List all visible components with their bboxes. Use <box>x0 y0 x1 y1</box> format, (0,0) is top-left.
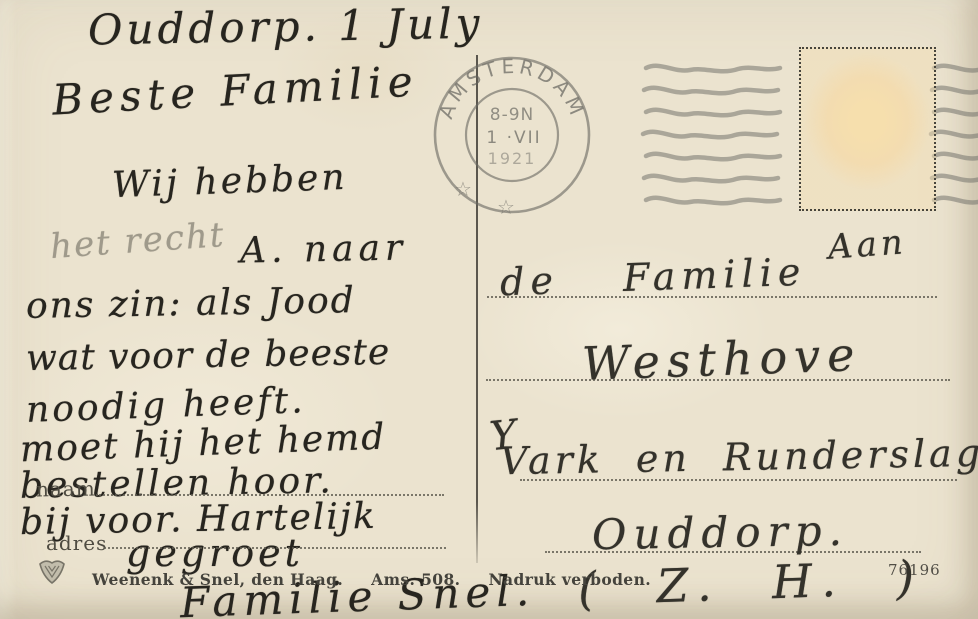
postmark-time: 8-9N <box>490 105 534 125</box>
adres-label: adres <box>46 531 107 555</box>
message-line: gegroet <box>126 534 304 572</box>
message-dateline: Ouddorp. 1 July <box>88 3 484 52</box>
postcard-back: AMSTERDAM 8-9N 1 ·VII 1921 ☆ ☆ Ouddorp. … <box>0 0 978 619</box>
naam-label: naam <box>36 476 96 501</box>
address-line: Ouddorp. <box>592 510 850 556</box>
address-line: Westhove <box>581 331 862 387</box>
message-line: wat voor de beeste <box>26 335 391 377</box>
serial-number: 76196 <box>888 561 941 579</box>
postmark-amsterdam: AMSTERDAM 8-9N 1 ·VII 1921 ☆ ☆ <box>418 40 608 240</box>
address-aan: Aan <box>827 225 908 264</box>
naam-rule <box>96 494 444 496</box>
publisher-logo-icon <box>38 559 66 585</box>
imprint-notice: Nadruk verboden. <box>488 570 651 589</box>
postmark-star-left-icon: ☆ <box>454 177 472 201</box>
message-line: ons zin: als Jood <box>26 283 356 325</box>
message-line-faint: het recht <box>49 218 226 264</box>
imprint-series: Ams. 508. <box>371 570 460 589</box>
message-salutation: Beste Familie <box>51 60 419 121</box>
message-line: A. naar <box>240 231 408 270</box>
address-line: de Familie <box>499 253 806 302</box>
message-line: Wij hebben <box>111 160 348 204</box>
imprint-line: Weenenk & Snel, den Haag.Ams. 508.Nadruk… <box>92 570 679 589</box>
stamp-box <box>799 47 936 211</box>
postmark-star-bottom-icon: ☆ <box>497 195 515 219</box>
address-line: Vark en Runderslag <box>500 434 978 480</box>
postmark-year: 1921 <box>488 149 537 168</box>
postmark-date: 1 ·VII <box>486 128 541 148</box>
imprint-publisher: Weenenk & Snel, den Haag. <box>92 570 343 589</box>
adres-rule <box>104 547 446 549</box>
